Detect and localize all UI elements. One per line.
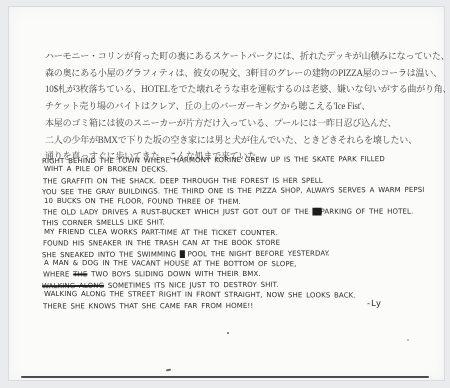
text-segment: 10 BUCKS ON THE FLOOR, FOUND THREE OF TH…	[44, 197, 241, 206]
text-segment: THE GRAFFITI ON THE SHACK. DEEP THROUGH …	[43, 177, 323, 186]
japanese-line: 本屋のゴミ箱には彼のスニーカーが片方だけ入っている、プールには一昨日忍び込んだ、	[45, 115, 445, 132]
text-segment: SOMETIMES ITS NICE JUST TO DESTROY SHIT.	[104, 281, 279, 290]
japanese-line: ハーモニー・コリンが育った町の裏にあるスケートパークには、折れたデッキが山積みに…	[45, 48, 445, 65]
paper-speck	[227, 332, 229, 334]
scan-edge-line	[21, 376, 429, 378]
text-segment: THERE SHE KNOWS THAT SHE CAME FAR FROM H…	[43, 302, 253, 311]
scribbled-redaction: ██	[313, 208, 321, 216]
scanned-document: ハーモニー・コリンが育った町の裏にあるスケートパークには、折れたデッキが山積みに…	[0, 0, 450, 388]
text-segment: TWO BOYS SLIDING DOWN WITH THEIR BMX.	[87, 270, 260, 278]
text-segment: YOU SEE THE GRAY BUILDINGS. THE THIRD ON…	[42, 186, 424, 196]
japanese-line: 10$札が3枚落ちている、HOTELをでた壊れそうな車を運転するのは老婆、嫌いな…	[45, 81, 445, 98]
struck-out-text: THE	[73, 271, 87, 279]
text-segment: PARKING OF THE HOTEL.	[321, 208, 414, 216]
paper-speck	[166, 369, 171, 371]
japanese-line: 二人の少年がBMXで下りた坂の空き家には男と犬が住んでいた、ときどきそれらを壊し…	[45, 132, 445, 149]
text-segment: THE OLD LADY DRIVES A RUST-BUCKET WHICH …	[43, 208, 313, 217]
text-segment: POOL THE NIGHT BEFORE YESTERDAY.	[184, 249, 330, 258]
paper-sheet: ハーモニー・コリンが育った町の裏にあるスケートパークには、折れたデッキが山積みに…	[8, 6, 445, 381]
text-segment: FOUND HIS SNEAKER IN THE TRASH CAN AT TH…	[43, 239, 280, 248]
paper-speck	[407, 339, 409, 341]
signature: -Ly	[367, 299, 382, 309]
text-segment: WHERE	[43, 271, 73, 279]
japanese-line: 森の奥にある小屋のグラフィティは、彼女の呪文、3軒目のグレーの建物のPIZZA屋…	[45, 65, 445, 82]
text-segment: A MAN & DOG IN THE VACANT HOUSE AT THE B…	[44, 259, 297, 268]
text-segment: WIHT A PILE OF BROKEN DECKS.	[44, 165, 168, 174]
handwritten-note: RIGHT BEHIND THE TOWN WHERE HARMONY KORI…	[42, 155, 447, 311]
text-segment: WALKING ALONG THE STREET RIGHT IN FRONT …	[44, 290, 356, 300]
japanese-line: チケット売り場のバイトはクレア、丘の上のバーガーキングから聴こえる'Ice Fi…	[45, 98, 445, 115]
japanese-paragraph: ハーモニー・コリンが育った町の裏にあるスケートパークには、折れたデッキが山積みに…	[45, 48, 445, 165]
text-segment: MY FRIEND CLEA WORKS PART-TIME AT THE TI…	[44, 228, 278, 237]
handwritten-line: THERE SHE KNOWS THAT SHE CAME FAR FROM H…	[43, 300, 447, 311]
